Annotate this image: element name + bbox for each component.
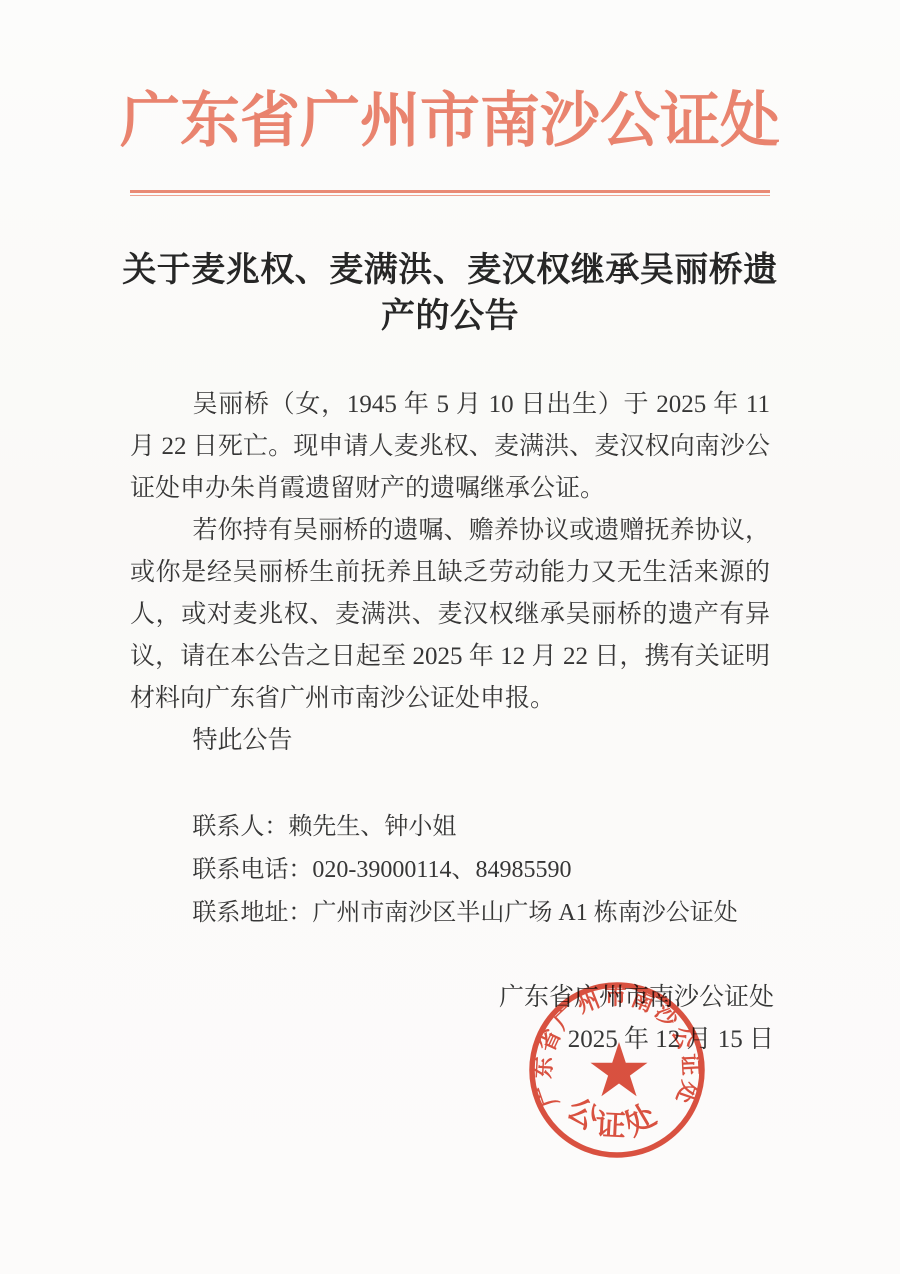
contact-address-line: 联系地址：广州市南沙区半山广场 A1 栋南沙公证处	[130, 892, 770, 935]
letterhead-divider	[130, 190, 770, 196]
notice-body: 吴丽桥（女，1945 年 5 月 10 日出生）于 2025 年 11 月 22…	[130, 384, 770, 762]
paragraph-closing: 特此公告	[130, 720, 770, 762]
paragraph-decedent-info: 吴丽桥（女，1945 年 5 月 10 日出生）于 2025 年 11 月 22…	[130, 384, 770, 510]
contact-phone-line: 联系电话：020-39000114、84985590	[130, 849, 770, 892]
notice-page: 广东省广州市南沙公证处 关于麦兆权、麦满洪、麦汉权继承吴丽桥遗产的公告 吴丽桥（…	[0, 0, 900, 1274]
letterhead: 广东省广州市南沙公证处	[0, 0, 900, 158]
letterhead-org-name: 广东省广州市南沙公证处	[0, 84, 900, 158]
contact-person-line: 联系人：赖先生、钟小姐	[130, 806, 770, 849]
signature-date: 2025 年 12 月 15 日	[0, 1019, 774, 1061]
signature-block: 广东省广州市南沙公证处 2025 年 12 月 15 日	[0, 977, 900, 1061]
seal-bottom-text: 公证处	[561, 1092, 667, 1143]
notice-title: 关于麦兆权、麦满洪、麦汉权继承吴丽桥遗产的公告	[115, 248, 785, 340]
signature-org: 广东省广州市南沙公证处	[0, 977, 774, 1019]
contact-info: 联系人：赖先生、钟小姐 联系电话：020-39000114、84985590 联…	[130, 806, 770, 935]
paragraph-claim-instructions: 若你持有吴丽桥的遗嘱、赡养协议或遗赠抚养协议，或你是经吴丽桥生前抚养且缺乏劳动能…	[130, 510, 770, 720]
